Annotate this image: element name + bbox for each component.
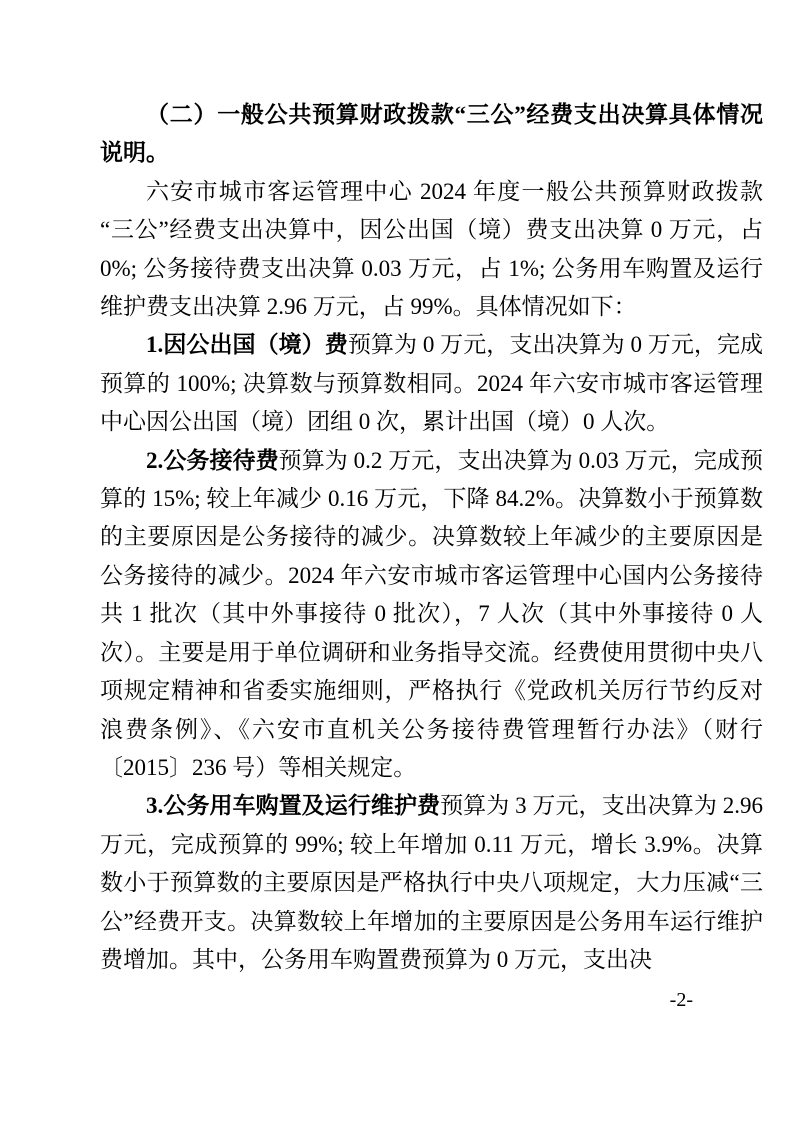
paragraph-item-1-abroad-fee: 1.因公出国（境）费预算为 0 万元，支出决算为 0 万元，完成预算的 100%…: [100, 326, 763, 441]
paragraph-item-3-vehicle-fee: 3.公务用车购置及运行维护费预算为 3 万元，支出决算为 2.96 万元，完成预…: [100, 787, 763, 979]
document-page: （二）一般公共预算财政拨款“三公”经费支出决算具体情况说明。 六安市城市客运管理…: [0, 0, 793, 1122]
page-number: -2-: [670, 988, 693, 1012]
paragraph-item-2-reception-fee: 2.公务接待费预算为 0.2 万元，支出决算为 0.03 万元，完成预算的 15…: [100, 442, 763, 788]
paragraph-lead: 1.因公出国（境）费: [146, 332, 348, 357]
paragraph-lead: 2.公务接待费: [146, 448, 279, 473]
paragraph-text: 预算为 3 万元，支出决算为 2.96 万元，完成预算的 99%; 较上年增加 …: [100, 793, 763, 972]
paragraph-overview: 六安市城市客运管理中心 2024 年度一般公共预算财政拨款“三公”经费支出决算中…: [100, 173, 763, 327]
paragraph-text: 预算为 0.2 万元，支出决算为 0.03 万元，完成预算的 15%; 较上年减…: [100, 448, 763, 780]
body-paragraphs: 六安市城市客运管理中心 2024 年度一般公共预算财政拨款“三公”经费支出决算中…: [100, 173, 763, 980]
paragraph-text: 六安市城市客运管理中心 2024 年度一般公共预算财政拨款“三公”经费支出决算中…: [100, 179, 763, 319]
paragraph-lead: 3.公务用车购置及运行维护费: [146, 793, 440, 818]
section-heading: （二）一般公共预算财政拨款“三公”经费支出决算具体情况说明。: [100, 96, 763, 173]
